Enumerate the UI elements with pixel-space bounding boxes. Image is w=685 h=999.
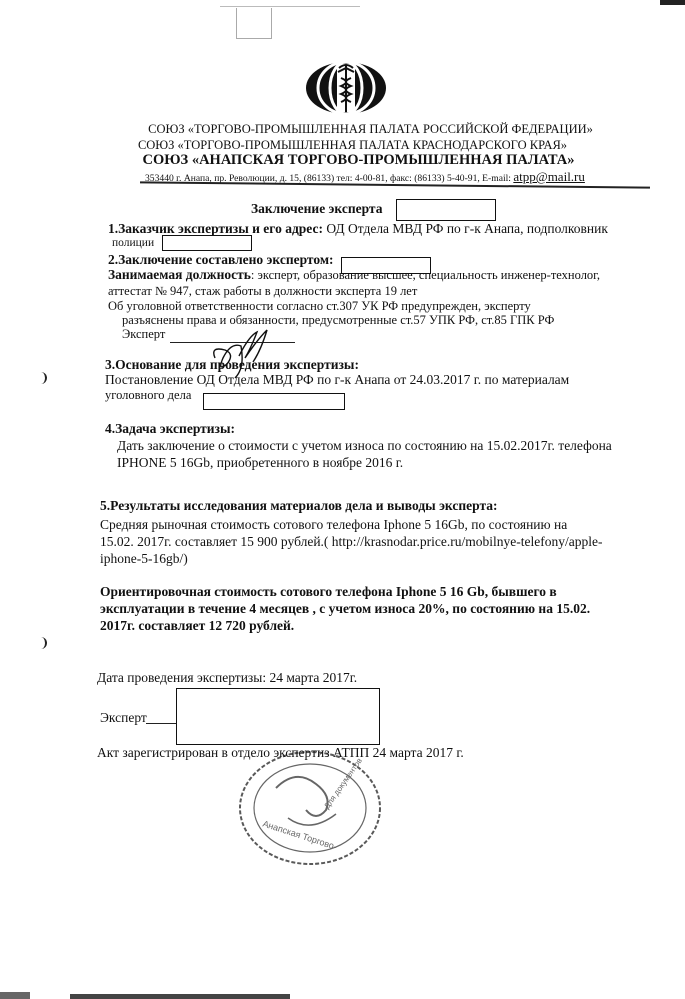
- section2-signature-label: Эксперт: [122, 327, 165, 342]
- conclusion-line3: 2017г. составляет 12 720 рублей.: [100, 618, 294, 634]
- section1-text: ОД Отдела МВД РФ по г-к Анапа, подполков…: [323, 221, 608, 236]
- section5-line1: Средняя рыночная стоимость сотового теле…: [100, 517, 567, 533]
- punch-hole-mark-1: [36, 372, 47, 384]
- redacted-customer-name: [162, 235, 252, 251]
- scan-artifact-bottom: [70, 994, 290, 999]
- scan-artifact-corner: [660, 0, 685, 5]
- letterhead-line-2: СОЮЗ «ТОРГОВО-ПРОМЫШЛЕННАЯ ПАЛАТА КРАСНО…: [10, 138, 685, 153]
- footer-expert-label: Эксперт: [100, 710, 147, 726]
- conclusion-line2: эксплуатации в течение 4 месяцев , с уче…: [100, 601, 590, 617]
- punch-hole-mark-2: [36, 637, 47, 649]
- scan-artifact-bottom-left: [0, 992, 30, 999]
- position-text: : эксперт, образование высшее, специальн…: [251, 268, 600, 282]
- expertise-date: Дата проведения экспертизы: 24 марта 201…: [97, 670, 357, 686]
- section3-line1: Постановление ОД Отдела МВД РФ по г-к Ан…: [105, 372, 569, 388]
- document-title: Заключение эксперта: [251, 201, 382, 217]
- section5-line3: iphone-5-16gb/): [100, 551, 188, 567]
- official-seal-icon: Анапская Торгово- Для документов: [236, 748, 384, 868]
- email-link[interactable]: atpp@mail.ru: [513, 169, 585, 184]
- section2-line2: аттестат № 947, стаж работы в должности …: [108, 284, 417, 299]
- section4-line1: Дать заключение о стоимости с учетом изн…: [117, 438, 612, 454]
- section1-heading: 1.Заказчик экспертизы и его адрес:: [108, 221, 323, 236]
- section2-line3: Об уголовной ответственности согласно ст…: [108, 299, 531, 314]
- caduceus-globe-logo-icon: [305, 58, 387, 116]
- svg-text:Для документов: Для документов: [322, 756, 364, 810]
- section4-heading: 4.Задача экспертизы:: [105, 421, 235, 437]
- section5-heading: 5.Результаты исследования материалов дел…: [100, 498, 498, 514]
- redacted-expert-signature: [176, 688, 380, 745]
- conclusion-line1: Ориентировочная стоимость сотового телеф…: [100, 584, 557, 600]
- position-label: Занимаемая должность: [108, 267, 251, 282]
- letterhead-line-1: СОЮЗ «ТОРГОВО-ПРОМЫШЛЕННАЯ ПАЛАТА РОССИЙ…: [28, 122, 685, 137]
- section3-heading: 3.Основание для проведения экспертизы:: [105, 357, 359, 373]
- redacted-case-number: [203, 393, 345, 410]
- section1-line2: полиции: [112, 237, 154, 249]
- section2-heading: 2.Заключение составлено экспертом:: [108, 252, 334, 268]
- section2-line4: разъяснены права и обязанности, предусмо…: [122, 313, 554, 328]
- section4-line2: IPHONE 5 16Gb, приобретенного в ноябре 2…: [117, 455, 403, 471]
- letterhead-line-3: СОЮЗ «АНАПСКАЯ ТОРГОВО-ПРОМЫШЛЕННАЯ ПАЛА…: [16, 152, 685, 169]
- scan-artifact-top: [220, 6, 360, 7]
- redacted-conclusion-number: [396, 199, 496, 221]
- scan-artifact-top-box: [236, 8, 272, 39]
- section2-position: Занимаемая должность: эксперт, образован…: [108, 267, 600, 283]
- section3-line2: уголовного дела: [105, 388, 191, 403]
- section5-line2: 15.02. 2017г. составляет 15 900 рублей.(…: [100, 534, 602, 550]
